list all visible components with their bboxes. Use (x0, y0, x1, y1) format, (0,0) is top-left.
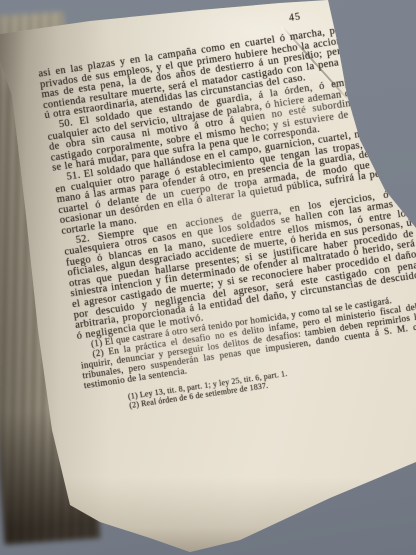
book-page: 45 asi en las plazas y en la campaña com… (0, 0, 416, 555)
page-text-block: 45 asi en las plazas y en la campaña com… (35, 0, 416, 417)
book-photo-scene: 45 asi en las plazas y en la campaña com… (0, 0, 416, 555)
